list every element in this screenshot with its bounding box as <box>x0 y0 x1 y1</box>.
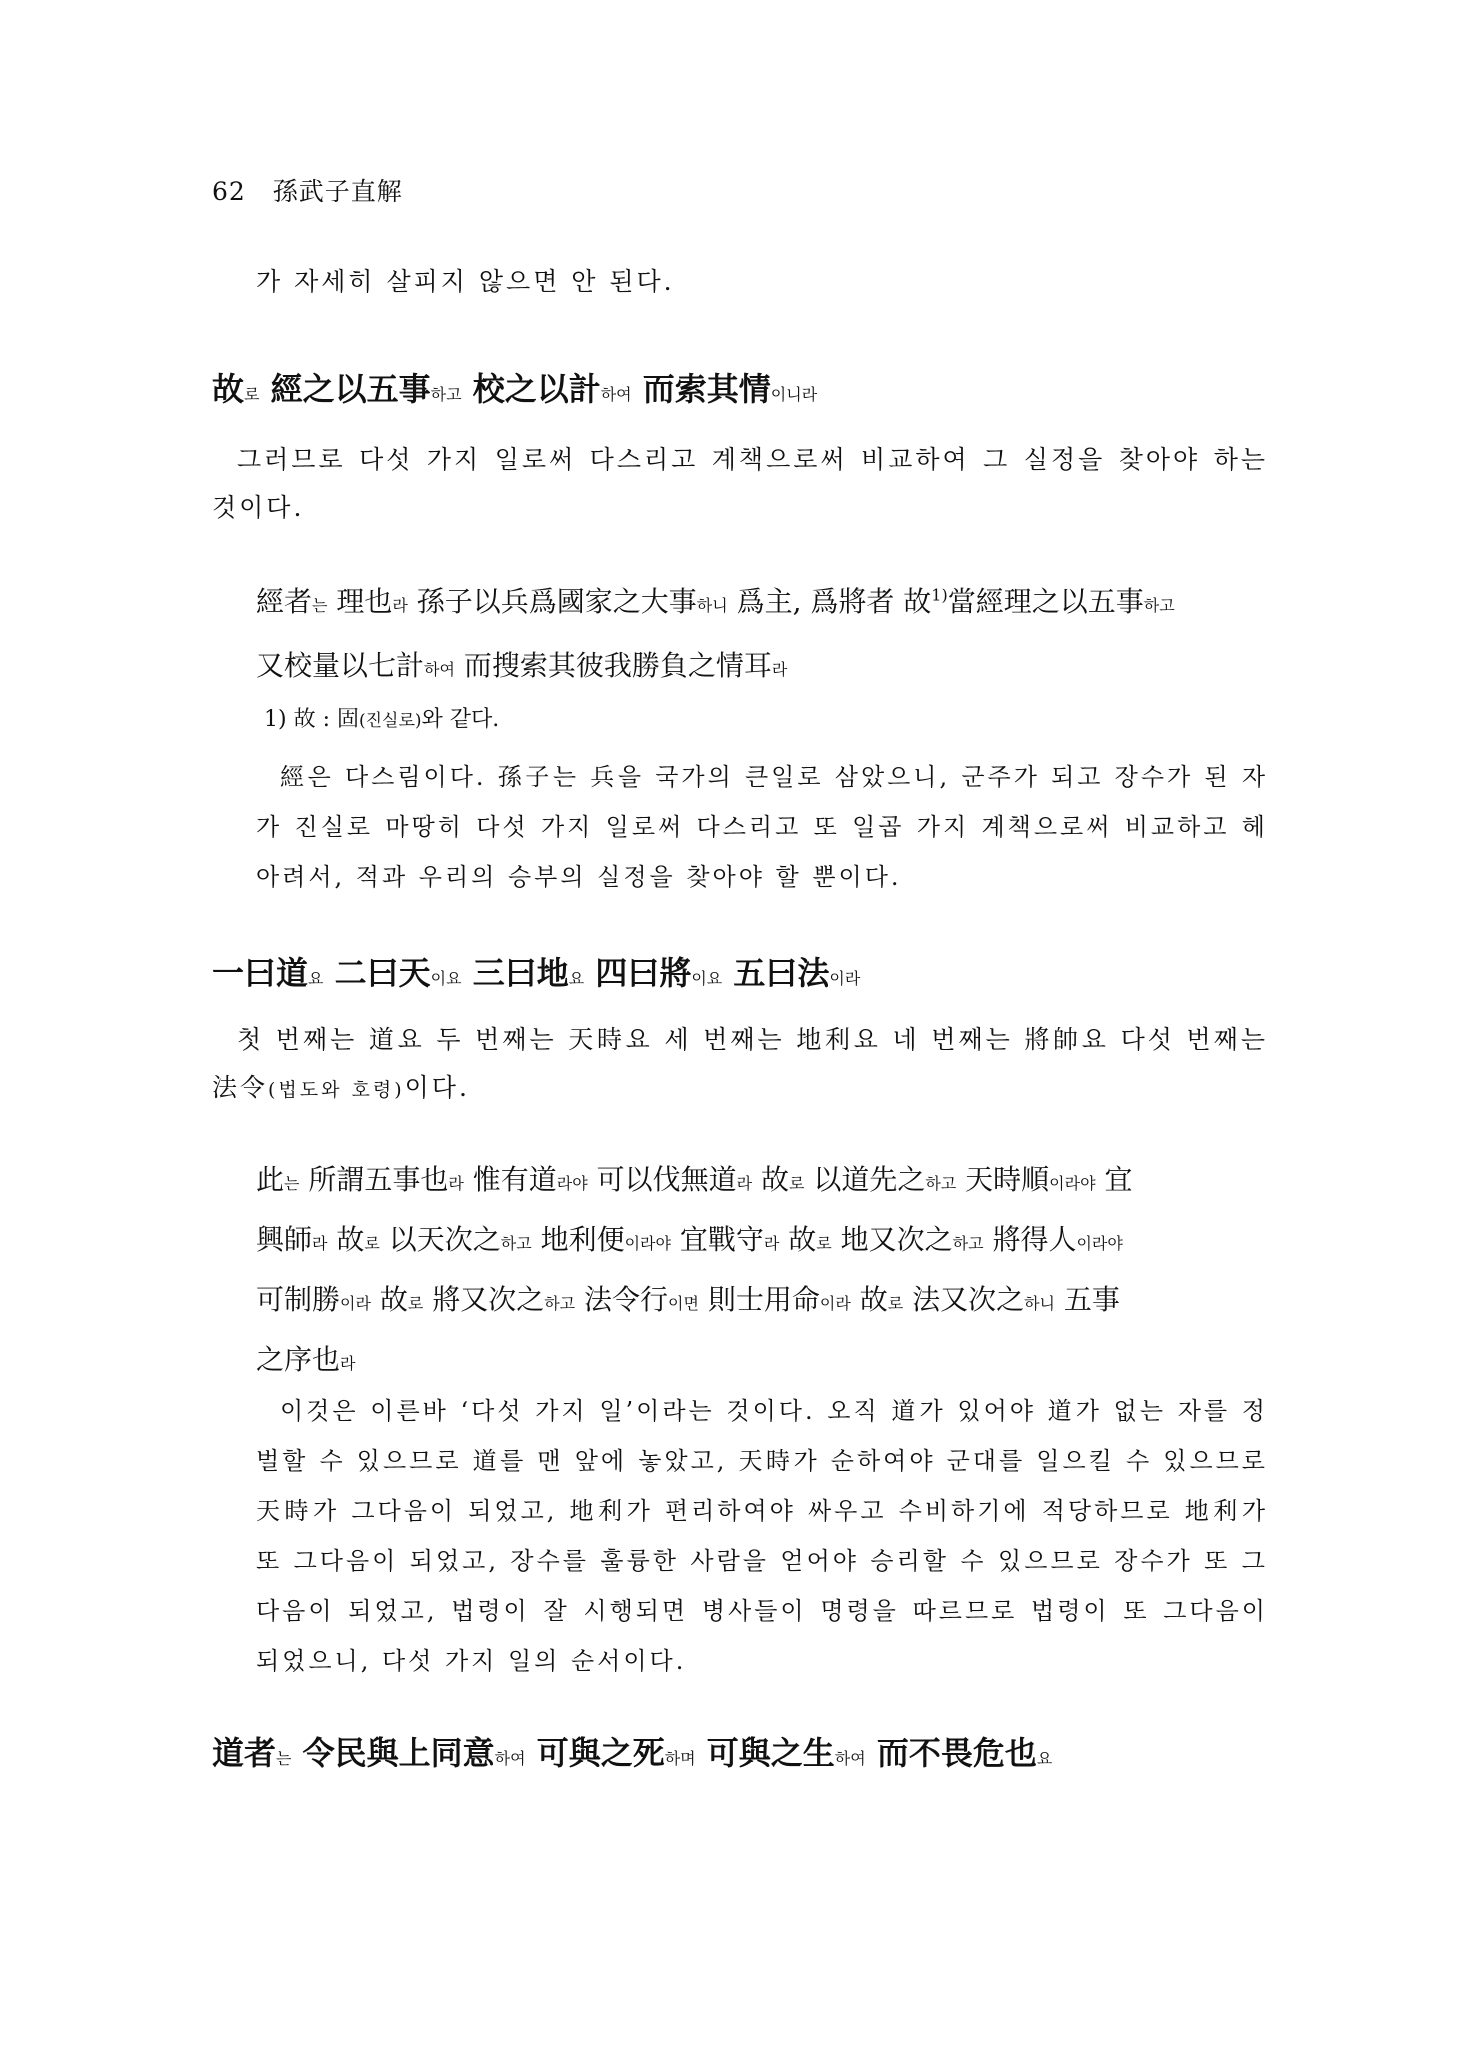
translation-1: 그러므로 다섯 가지 일로써 다스리고 계책으로써 비교하여 그 실정을 찾아야… <box>212 436 1268 532</box>
book-page: 62 孫武子直解 가 자세히 살피지 않으면 안 된다. 故로 經之以五事하고 … <box>0 0 1480 2048</box>
translation-2: 첫 번째는 道요 두 번째는 天時요 세 번째는 地利요 네 번째는 將帥요 다… <box>212 1016 1268 1114</box>
running-head: 62 孫武子直解 <box>212 172 403 208</box>
original-text-3: 道者는 令民與上同意하여 可與之死하며 可與之生하여 而不畏危也요 <box>212 1730 1268 1782</box>
commentary-translation-1: 經은 다스림이다. 孫子는 兵을 국가의 큰일로 삼았으니, 군주가 되고 장수… <box>256 752 1268 902</box>
original-text-1: 故로 經之以五事하고 校之以計하여 而索其情이니라 <box>212 366 1268 418</box>
commentary-line: 之序也라 <box>256 1332 1268 1392</box>
page-number: 62 <box>212 177 246 206</box>
continued-paragraph: 가 자세히 살피지 않으면 안 된다. <box>256 258 1268 306</box>
book-title: 孫武子直解 <box>273 177 403 206</box>
footnote: 1) 故 : 固(진실로)와 같다. <box>264 702 499 739</box>
commentary-2: 此는 所謂五事也라 惟有道라야 可以伐無道라 故로 以道先之하고 天時順이라야 … <box>256 1152 1268 1392</box>
commentary-line: 又校量以七計하여 而搜索其彼我勝負之情耳라 <box>256 636 1268 700</box>
commentary-line: 此는 所謂五事也라 惟有道라야 可以伐無道라 故로 以道先之하고 天時順이라야 … <box>256 1152 1268 1212</box>
commentary-1: 經者는 理也라 孫子以兵爲國家之大事하니 爲主, 爲將者 故1)當經理之以五事하… <box>256 572 1268 700</box>
commentary-line: 興師라 故로 以天次之하고 地利便이라야 宜戰守라 故로 地又次之하고 將得人이… <box>256 1212 1268 1272</box>
original-text-2: 一曰道요 二曰天이요 三曰地요 四曰將이요 五曰法이라 <box>212 950 1268 1002</box>
footnote-ref: 1) <box>931 586 947 605</box>
commentary-translation-2: 이것은 이른바 ‘다섯 가지 일’이라는 것이다. 오직 道가 있어야 道가 없… <box>256 1386 1268 1686</box>
commentary-line: 經者는 理也라 孫子以兵爲國家之大事하니 爲主, 爲將者 故1)當經理之以五事하… <box>256 572 1268 636</box>
commentary-line: 可制勝이라 故로 將又次之하고 法令行이면 則士用命이라 故로 法又次之하니 五… <box>256 1272 1268 1332</box>
